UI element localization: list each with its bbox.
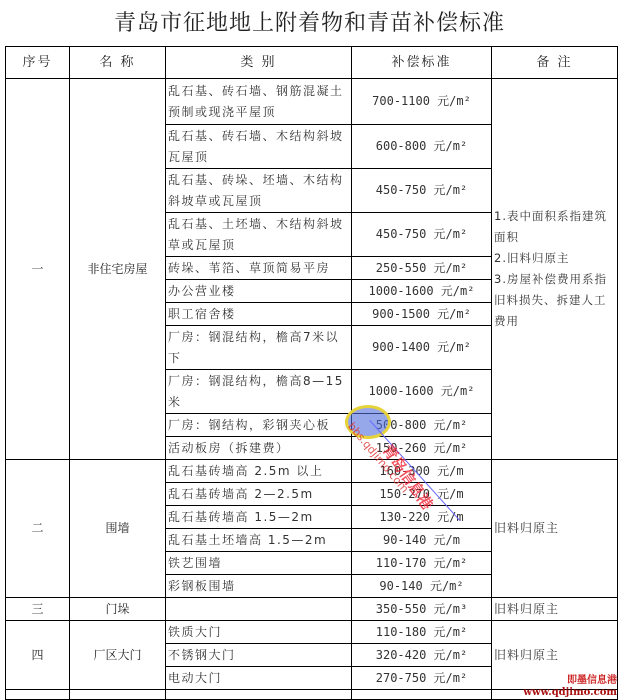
- standard-cell: 1000-1600 元/m²: [352, 370, 492, 414]
- standard-cell: 110-170 元/m²: [352, 552, 492, 575]
- category-cell: 铁艺围墙: [166, 552, 352, 575]
- category-cell: 乱石基、砖石墙、钢筋混凝土预制或现浇平屋顶: [166, 79, 352, 125]
- header-no: 序号: [6, 47, 70, 79]
- category-cell: 厂房：钢结构，彩钢夹心板: [166, 414, 352, 437]
- table-row: 二 围墙 乱石基砖墙高 2.5m 以上 160-300 元/m 旧料归原主: [6, 460, 618, 483]
- header-name: 名 称: [70, 47, 166, 79]
- group-no: 四: [6, 621, 70, 690]
- header-note: 备 注: [492, 47, 618, 79]
- standard-cell: 150-260 元/m²: [352, 437, 492, 460]
- standard-cell: 700-1100 元/m²: [352, 79, 492, 125]
- table-row: 四 厂区大门 铁质大门 110-180 元/m² 旧料归原主: [6, 621, 618, 644]
- standard-cell: 160-300 元/m: [352, 460, 492, 483]
- category-cell: 乱石基、土坯墙、木结构斜坡草或瓦屋顶: [166, 213, 352, 257]
- category-cell: 职工宿舍楼: [166, 303, 352, 326]
- standard-cell: 350-550 元/m³: [352, 598, 492, 621]
- note-cell: 1.表中面积系指建筑面积 2.旧料归原主 3.房屋补偿费用系指旧料损失、拆建人工…: [492, 79, 618, 460]
- category-cell: 彩钢板围墙: [166, 575, 352, 598]
- category-cell: 不锈钢大门: [166, 644, 352, 667]
- page-title: 青岛市征地地上附着物和青苗补偿标准: [0, 6, 619, 37]
- category-cell: 乱石基、砖石墙、木结构斜坡瓦屋顶: [166, 125, 352, 169]
- table-row: 三 门垛 350-550 元/m³ 旧料归原主: [6, 598, 618, 621]
- standard-cell: 110-180 元/m²: [352, 621, 492, 644]
- compensation-table: 序号 名 称 类 别 补偿标准 备 注 一 非住宅房屋 乱石基、砖石墙、钢筋混凝…: [5, 46, 618, 700]
- group-name: 厂区大门: [70, 621, 166, 690]
- category-cell: 电动大门: [166, 667, 352, 690]
- category-cell: 乱石基砖墙高 2—2.5m: [166, 483, 352, 506]
- standard-cell: 90-140 元/m²: [352, 575, 492, 598]
- group-name: 门垛: [70, 598, 166, 621]
- standard-cell: 250-550 元/m²: [352, 257, 492, 280]
- standard-cell: 1000-1600 元/m²: [352, 280, 492, 303]
- group-no: 一: [6, 79, 70, 460]
- standard-cell: 500-800 元/m²: [352, 414, 492, 437]
- standard-cell: 450-750 元/m²: [352, 213, 492, 257]
- site-logo-name: 即墨信息港: [523, 675, 617, 687]
- standard-cell: 320-420 元/m²: [352, 644, 492, 667]
- group-name: 非住宅房屋: [70, 79, 166, 460]
- standard-cell: 130-220 元/m: [352, 506, 492, 529]
- standard-cell: 450-750 元/m²: [352, 169, 492, 213]
- category-cell: 活动板房（拆建费）: [166, 437, 352, 460]
- table-header-row: 序号 名 称 类 别 补偿标准 备 注: [6, 47, 618, 79]
- category-cell: [166, 598, 352, 621]
- table-row: 一 非住宅房屋 乱石基、砖石墙、钢筋混凝土预制或现浇平屋顶 700-1100 元…: [6, 79, 618, 125]
- category-cell: 乱石基砖墙高 1.5—2m: [166, 506, 352, 529]
- note-cell: 旧料归原主: [492, 460, 618, 598]
- standard-cell: 600-800 元/m²: [352, 125, 492, 169]
- header-standard: 补偿标准: [352, 47, 492, 79]
- standard-cell: 90-140 元/m: [352, 529, 492, 552]
- standard-cell: 270-750 元/m²: [352, 667, 492, 690]
- group-name: 围墙: [70, 460, 166, 598]
- category-cell: 乱石基土坯墙高 1.5—2m: [166, 529, 352, 552]
- standard-cell: 150-270 元/m: [352, 483, 492, 506]
- header-category: 类 别: [166, 47, 352, 79]
- group-no: 三: [6, 598, 70, 621]
- standard-cell: 900-1500 元/m²: [352, 303, 492, 326]
- category-cell: 砖垛、苇箔、草顶简易平房: [166, 257, 352, 280]
- category-cell: 办公营业楼: [166, 280, 352, 303]
- site-logo-url: www.qdjimo.com: [523, 687, 617, 699]
- category-cell: 乱石基砖墙高 2.5m 以上: [166, 460, 352, 483]
- category-cell: 厂房：钢混结构，檐高7米以下: [166, 326, 352, 370]
- site-logo: 即墨信息港 www.qdjimo.com: [523, 675, 617, 699]
- standard-cell: 900-1400 元/m²: [352, 326, 492, 370]
- category-cell: 乱石基、砖垛、坯墙、木结构斜坡草或瓦屋顶: [166, 169, 352, 213]
- category-cell: 铁质大门: [166, 621, 352, 644]
- group-no: 二: [6, 460, 70, 598]
- note-cell: 旧料归原主: [492, 598, 618, 621]
- category-cell: 厂房：钢混结构，檐高8—15米: [166, 370, 352, 414]
